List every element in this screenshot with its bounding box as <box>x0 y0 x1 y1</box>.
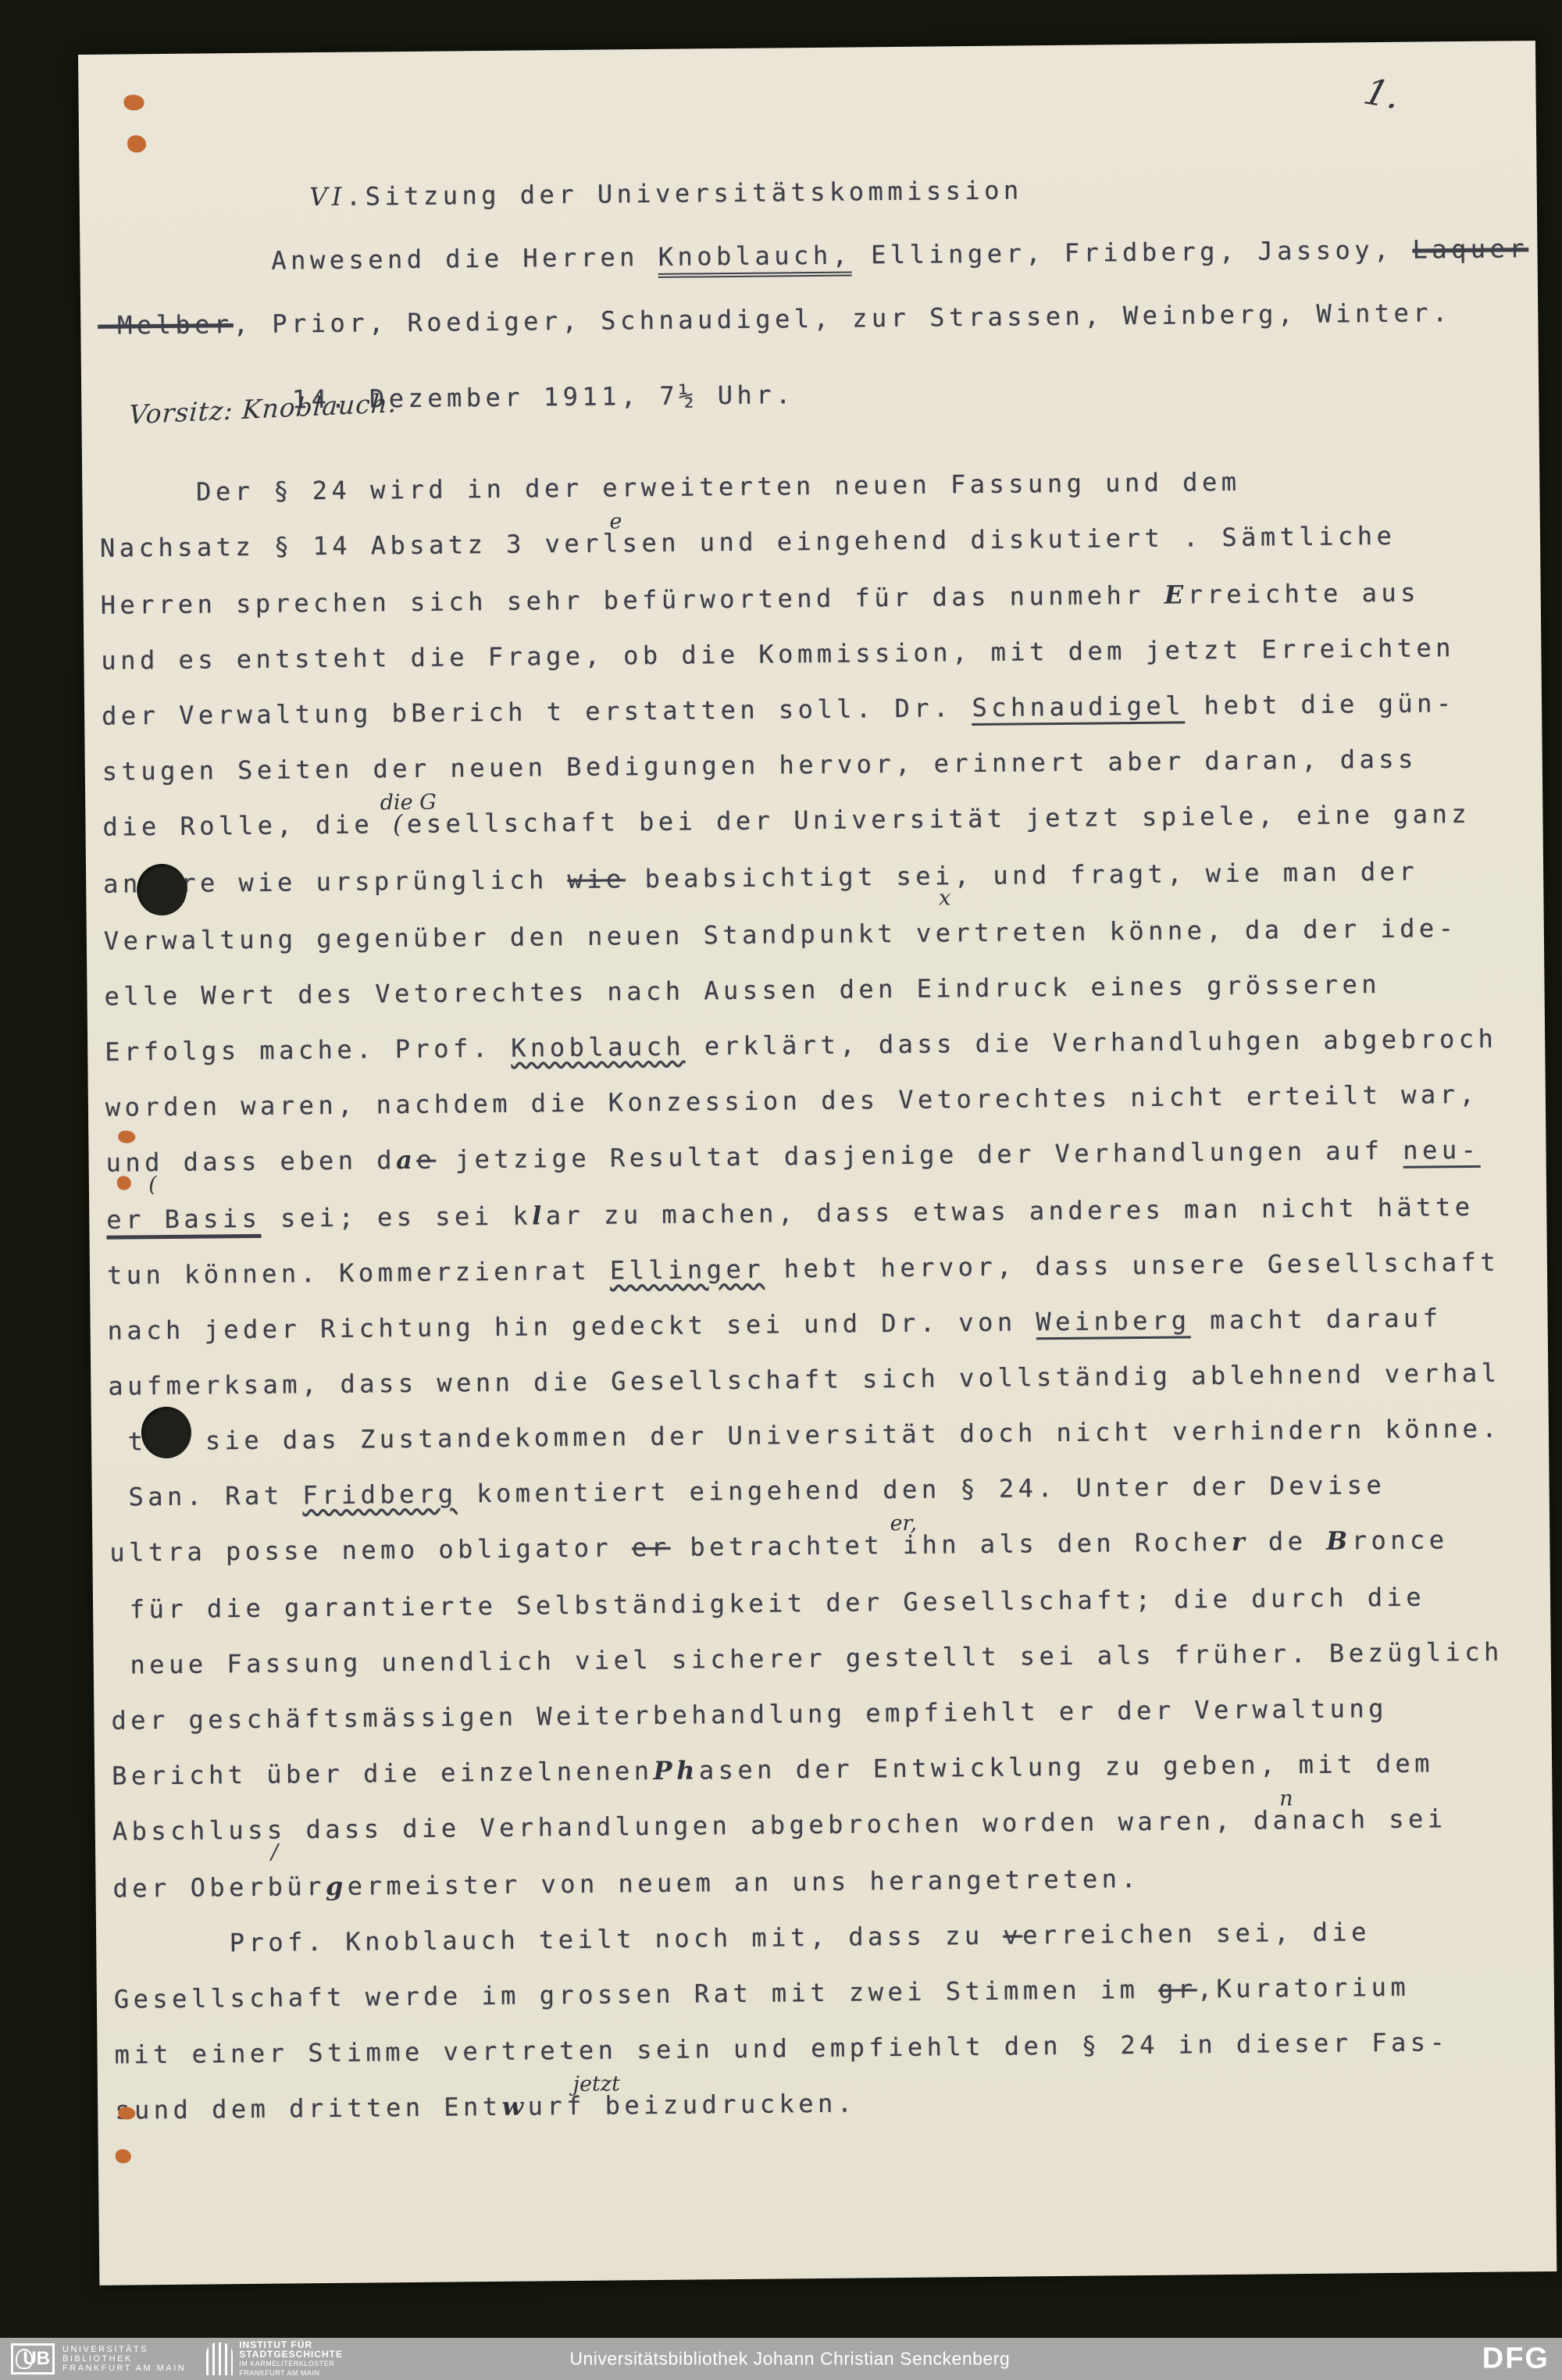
handwritten-correction: E <box>1164 580 1188 609</box>
text-segment: ermeister von neuem an uns herangetreten… <box>348 1864 1141 1901</box>
text-segment: der Verwaltung bBerich t erstatten soll.… <box>102 693 972 731</box>
handwritten-correction: w <box>501 2092 527 2121</box>
text-segment: sund dem dritten Ent <box>115 2092 502 2125</box>
text-segment: erreichen sei, die <box>1022 1917 1371 1950</box>
document-header: VI.Sitzung der Universitätskommission An… <box>96 158 1539 430</box>
red-ink-mark <box>127 135 146 152</box>
text-segment: betrachtet <box>670 1530 903 1562</box>
text-segment: Knoblauch <box>511 1032 685 1063</box>
text-segment: erklärt, dass die Verhandluhgen abgebroc… <box>685 1024 1497 1062</box>
text-segment: sei; es sei k <box>261 1201 532 1233</box>
text-segment <box>97 182 310 214</box>
text-segment: gr <box>1158 1974 1197 2004</box>
text-segment: beizudrucken. <box>586 2089 857 2121</box>
text-segment: , und fragt, wie man der <box>954 857 1419 891</box>
isg-line: STADTGESCHICHTE <box>239 2350 343 2359</box>
text-segment: worden waren, nachdem die Konzession des… <box>105 1079 1479 1122</box>
text-segment: komentiert eingehend den § 24. Unter der… <box>457 1470 1385 1508</box>
institut-stadtgeschichte-name: INSTITUT FÜR STADTGESCHICHTE IM KARMELIT… <box>239 2340 343 2378</box>
text-segment: Herren sprechen sich sehr befürwortend f… <box>101 580 1164 620</box>
text-segment: Laquer <box>1412 234 1528 264</box>
handwritten-correction: l <box>532 1201 546 1230</box>
text-segment: hebt hervor, dass unsere Gesellschaft <box>765 1247 1500 1284</box>
ub-logo: UB <box>11 2343 55 2375</box>
library-attribution: Universitätsbibliothek Johann Christian … <box>569 2349 1010 2370</box>
text-segment: der geschäftsmässigen Weiterbehandlung e… <box>111 1693 1388 1736</box>
text-segment: ar zu machen, dass etwas anderes man nic… <box>546 1192 1475 1230</box>
text-segment: stugen Seiten der neuen Bedigungen hervo… <box>102 744 1418 787</box>
text-segment: Nachsatz § 14 Absatz 3 verl <box>100 528 622 562</box>
text-segment: dass eben d <box>164 1145 397 1177</box>
text-segment: die Rolle, die <box>102 809 393 842</box>
text-segment: wie <box>567 864 626 894</box>
text-segment: er Basis <box>106 1204 262 1240</box>
handwritten-correction: g <box>326 1872 348 1901</box>
handwritten-correction: B <box>1326 1525 1352 1555</box>
text-segment: aufmerksam, dass wenn die Gesellschaft s… <box>108 1358 1500 1401</box>
text-segment: e <box>416 1145 436 1175</box>
text-segment: dass die Verhandlungen abgebrochen worde… <box>287 1805 1293 1844</box>
viewer-footer-bar: UB UNIVERSITÄTS BIBLIOTHEK FRANKFURT AM … <box>0 2338 1562 2380</box>
red-ink-mark <box>116 2149 131 2163</box>
dfg-logo: DFG <box>1482 2343 1550 2376</box>
text-segment: Ellinger <box>610 1254 765 1286</box>
text-segment: jetzige Resultat dasjenige der Verhandlu… <box>436 1136 1403 1175</box>
text-segment: Verwaltung gegenüber den neuen Standpunk… <box>104 913 1458 956</box>
text-segment: rreichte aus <box>1188 578 1421 610</box>
red-ink-mark <box>123 95 144 110</box>
text-segment: ,Kuratorium <box>1197 1972 1410 2004</box>
text-segment: nach sei <box>1292 1804 1446 1835</box>
text-segment: mit einer Stimme vertreten sein und empf… <box>114 2027 1449 2069</box>
text-segment: hebt die gün- <box>1185 688 1456 720</box>
ub-line: BIBLIOTHEK <box>62 2354 186 2364</box>
text-segment: Gesellschaft werde im grossen Rat mit zw… <box>114 1975 1159 2014</box>
text-segment: Fridberg <box>302 1479 457 1510</box>
text-segment: sen und eingehend diskutiert . Sämtliche <box>622 521 1396 558</box>
handwritten-correction: Ph <box>653 1755 699 1786</box>
punch-hole <box>141 1407 192 1459</box>
text-segment: ihn als den Roche <box>903 1527 1232 1560</box>
text-segment: beabsichtigt sei <box>626 861 954 894</box>
text-segment: Knoblauch, <box>658 241 852 278</box>
text-segment: neu- <box>1403 1135 1480 1169</box>
text-segment: und es entsteht die Frage, ob die Kommis… <box>101 633 1455 676</box>
isg-line: IM KARMELITERKLOSTER <box>239 2359 343 2368</box>
text-segment: Erfolgs mache. Prof. <box>105 1033 511 1067</box>
text-segment: asen der Entwicklung zu geben, mit dem <box>699 1748 1434 1785</box>
text-segment: elle Wert des Vetorechtes nach Aussen de… <box>104 969 1381 1012</box>
text-segment: nach jeder Richtung hin gedeckt sei und … <box>108 1307 1036 1345</box>
text-segment: ultra posse nemo obligator <box>109 1533 632 1567</box>
ub-line: FRANKFURT AM MAIN <box>62 2364 186 2373</box>
text-segment: San. Rat <box>109 1480 303 1511</box>
text-segment: Abschluss <box>112 1815 287 1847</box>
text-segment: Bericht über die einzelnenen <box>112 1756 654 1791</box>
text-segment: Melber <box>98 309 234 341</box>
scanned-page: VI.Sitzung der Universitätskommission An… <box>78 41 1557 2285</box>
text-segment: er <box>632 1533 671 1562</box>
text-segment: macht darauf <box>1190 1303 1442 1335</box>
text-segment: ronce <box>1352 1525 1449 1555</box>
red-ink-mark <box>118 2107 135 2119</box>
text-segment: , Prior, Roediger, Schnaudigel, zur Stra… <box>233 298 1452 339</box>
ub-portrait-icon <box>16 2349 33 2369</box>
handwritten-correction: VI <box>309 182 346 212</box>
ub-library-name: UNIVERSITÄTS BIBLIOTHEK FRANKFURT AM MAI… <box>62 2345 186 2373</box>
text-segment: .Sitzung der Universitätskommission <box>346 175 1023 211</box>
red-ink-mark <box>117 1176 131 1190</box>
text-segment: Prof. Knoblauch teilt noch mit, dass zu <box>113 1921 1004 1959</box>
text-segment: te, sie das Zustandekommen der Universit… <box>109 1414 1501 1457</box>
text-line: Melber, Prior, Roediger, Schnaudigel, zu… <box>98 284 1539 354</box>
institut-stadtgeschichte-icon <box>206 2343 233 2375</box>
text-segment: Schnaudigel <box>972 690 1185 726</box>
isg-line: FRANKFURT AM MAIN <box>239 2368 343 2378</box>
handwritten-correction: r <box>1232 1527 1250 1557</box>
text-segment: Der § 24 wird in der erweiterten neuen F… <box>99 467 1240 508</box>
text-segment: de <box>1249 1526 1326 1557</box>
handwritten-correction: a <box>396 1145 417 1175</box>
red-ink-mark <box>118 1130 135 1143</box>
text-segment: Ellinger, Fridberg, Jassoy, <box>851 235 1413 270</box>
text-segment: neue Fassung unendlich viel sicherer ges… <box>111 1637 1503 1680</box>
text-segment: für die garantierte Selbständigkeit der … <box>110 1583 1425 1625</box>
handwritten-annotation: 1. <box>1360 70 1407 117</box>
document-body: Der § 24 wird in der erweiterten neuen F… <box>99 451 1555 2140</box>
punch-hole <box>137 864 187 916</box>
text-line: Anwesend die Herren Knoblauch, Ellinger,… <box>97 221 1538 291</box>
text-segment: Weinberg <box>1036 1305 1191 1340</box>
text-line: VI.Sitzung der Universitätskommission <box>96 158 1537 227</box>
text-segment: v <box>1003 1921 1022 1950</box>
text-segment: esellschaft bei der Universität jetzt sp… <box>407 799 1471 839</box>
text-segment: tun können. Kommerzienrat <box>107 1256 610 1290</box>
text-segment: der Oberbür <box>112 1872 326 1904</box>
text-segment: Anwesend die Herren <box>97 242 658 277</box>
ub-line: UNIVERSITÄTS <box>62 2345 186 2354</box>
